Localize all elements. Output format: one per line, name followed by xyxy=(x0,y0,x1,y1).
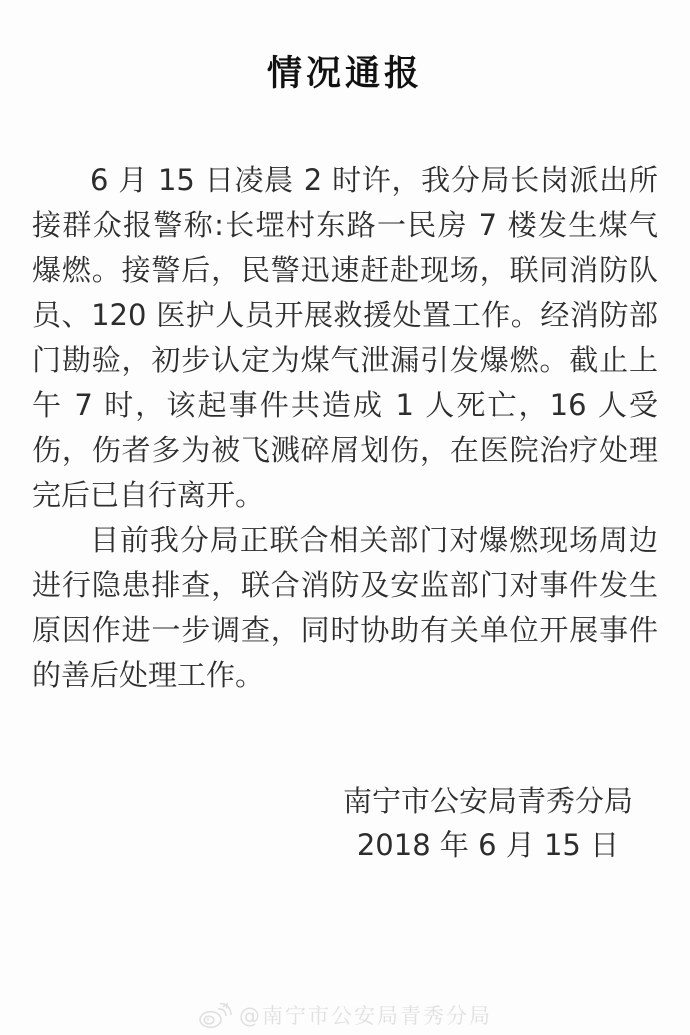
notice-paragraph-1: 6 月 15 日凌晨 2 时许，我分局长岗派出所接群众报警称:长堽村东路一民房 … xyxy=(32,158,658,518)
notice-page: 情况通报 6 月 15 日凌晨 2 时许，我分局长岗派出所接群众报警称:长堽村东… xyxy=(0,0,690,1035)
notice-title: 情况通报 xyxy=(0,46,690,96)
signature-block: 南宁市公安局青秀分局 2018 年 6 月 15 日 xyxy=(343,779,633,867)
signature-issuer: 南宁市公安局青秀分局 xyxy=(343,779,633,823)
notice-paragraph-2: 目前我分局正联合相关部门对爆燃现场周边进行隐患排查，联合消防及安监部门对事件发生… xyxy=(32,518,658,698)
watermark-text: @南宁市公安局青秀分局 xyxy=(239,1000,492,1030)
watermark: @南宁市公安局青秀分局 xyxy=(0,1000,690,1030)
notice-body: 6 月 15 日凌晨 2 时许，我分局长岗派出所接群众报警称:长堽村东路一民房 … xyxy=(32,158,658,698)
weibo-icon xyxy=(198,1001,232,1029)
signature-date: 2018 年 6 月 15 日 xyxy=(343,823,633,867)
